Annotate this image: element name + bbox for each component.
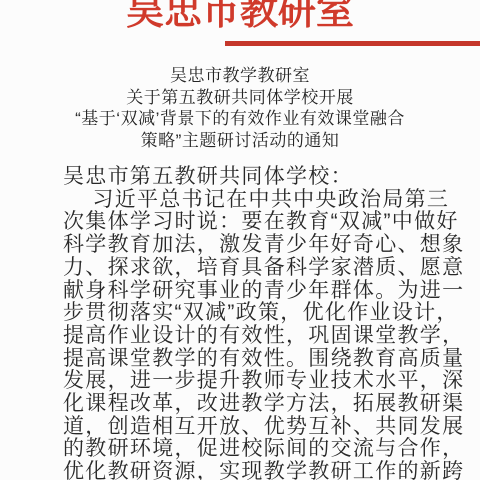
title-divider-line <box>225 41 480 46</box>
document-page: 吴忠市教研室 吴忠市教学教研室 关于第五教研共同体学校开展 “基于‘双减’背景下… <box>0 0 480 480</box>
notice-heading: 吴忠市教学教研室 关于第五教研共同体学校开展 “基于‘双减’背景下的有效作业有效… <box>0 65 480 151</box>
notice-body: 吴忠市第五教研共同体学校： 习近平总书记在中共中央政治局第三 次集体学习时说：要… <box>63 166 473 480</box>
page-title: 吴忠市教研室 <box>0 0 480 35</box>
